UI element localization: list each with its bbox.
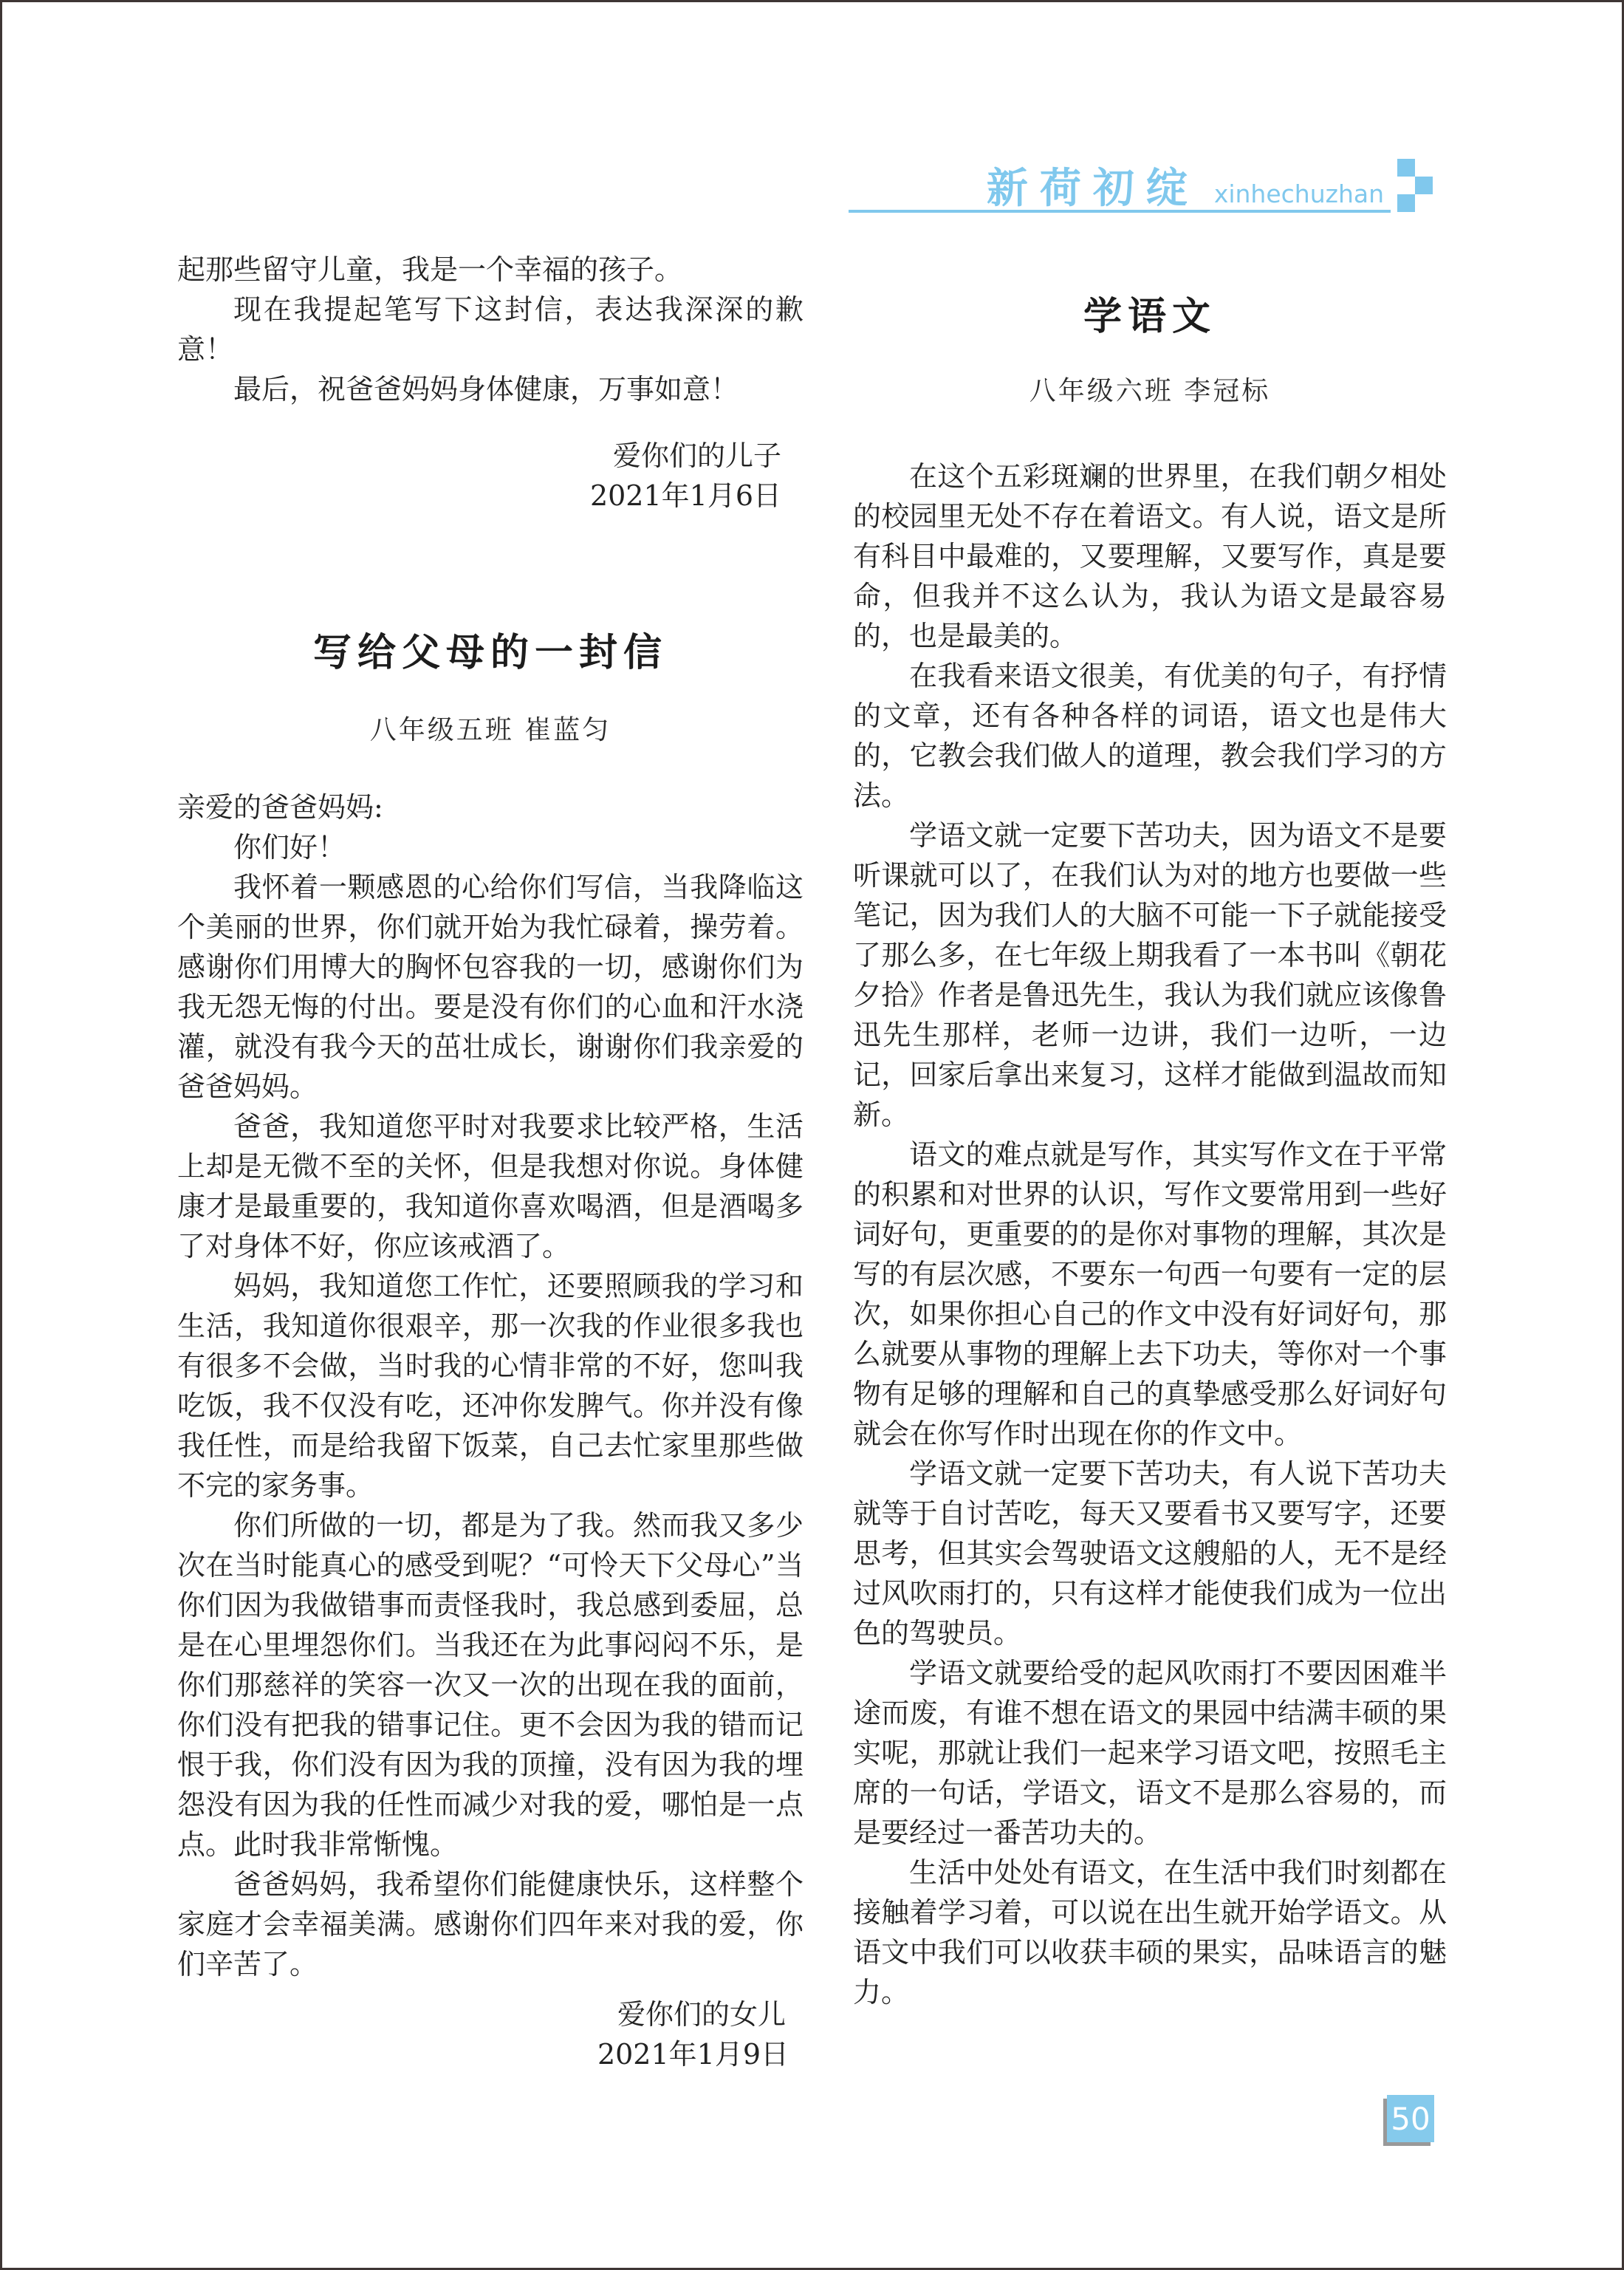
greeting: 你们好！	[177, 827, 804, 867]
paragraph: 起那些留守儿童，我是一个幸福的孩子。	[177, 250, 804, 290]
paragraph: 爸爸，我知道您平时对我要求比较严格，生活上却是无微不至的关怀，但是我想对你说。身…	[177, 1107, 804, 1266]
signature-date: 2021年1月6日	[177, 476, 804, 516]
paragraph: 学语文就一定要下苦功夫，因为语文不是要听课就可以了，在我们认为对的地方也要做一些…	[853, 816, 1447, 1135]
article-byline: 八年级六班 李冠标	[853, 370, 1447, 408]
paragraph: 妈妈，我知道您工作忙，还要照顾我的学习和生活，我知道你很艰辛，那一次我的作业很多…	[177, 1266, 804, 1505]
paragraph: 在这个五彩斑斓的世界里，在我们朝夕相处的校园里无处不存在着语文。有人说，语文是所…	[853, 457, 1447, 656]
article-title: 写给父母的一封信	[177, 626, 804, 680]
page-header-brand: 新荷初绽 xinhechuzhan	[987, 156, 1384, 215]
pixel-decoration-icon	[1397, 159, 1415, 177]
paragraph: 最后，祝爸爸妈妈身体健康，万事如意！	[177, 369, 804, 409]
magazine-page: 新荷初绽 xinhechuzhan 起那些留守儿童，我是一个幸福的孩子。 现在我…	[0, 0, 1624, 2270]
signature: 爱你们的女儿	[177, 1994, 804, 2034]
salutation: 亲爱的爸爸妈妈:	[177, 787, 804, 827]
right-column: 学语文 八年级六班 李冠标 在这个五彩斑斓的世界里，在我们朝夕相处的校园里无处不…	[853, 290, 1447, 2012]
article-letter-ending: 起那些留守儿童，我是一个幸福的孩子。 现在我提起笔写下这封信，表达我深深的歉意！…	[177, 250, 804, 516]
brand-pinyin: xinhechuzhan	[1214, 180, 1384, 208]
paragraph: 现在我提起笔写下这封信，表达我深深的歉意！	[177, 290, 804, 369]
paragraph: 学语文就要给受的起风吹雨打不要因困难半途而废，有谁不想在语文的果园中结满丰硕的果…	[853, 1653, 1447, 1853]
article-xue-yuwen: 学语文 八年级六班 李冠标 在这个五彩斑斓的世界里，在我们朝夕相处的校园里无处不…	[853, 290, 1447, 2012]
paragraph: 你们所做的一切，都是为了我。然而我又多少次在当时能真心的感受到呢？“可怜天下父母…	[177, 1505, 804, 1864]
paragraph: 在我看来语文很美，有优美的句子，有抒情的文章，还有各种各样的词语，语文也是伟大的…	[853, 656, 1447, 816]
pixel-decoration-icon	[1397, 194, 1415, 212]
paragraph: 我怀着一颗感恩的心给你们写信，当我降临这个美丽的世界，你们就开始为我忙碌着，操劳…	[177, 867, 804, 1107]
page-number-badge: 50	[1387, 2095, 1434, 2142]
article-title: 学语文	[853, 290, 1447, 343]
paragraph: 生活中处处有语文，在生活中我们时刻都在接触着学习着，可以说在出生就开始学语文。从…	[853, 1853, 1447, 2012]
paragraph: 学语文就一定要下苦功夫，有人说下苦功夫就等于自讨苦吃，每天又要看书又要写字，还要…	[853, 1454, 1447, 1653]
brand-title: 新荷初绽	[987, 156, 1199, 215]
page-number: 50	[1391, 2101, 1430, 2137]
signature-date: 2021年1月9日	[177, 2034, 804, 2074]
header-rule	[849, 210, 1391, 213]
left-column: 起那些留守儿童，我是一个幸福的孩子。 现在我提起笔写下这封信，表达我深深的歉意！…	[177, 250, 804, 2074]
article-byline: 八年级五班 崔蓝匀	[177, 709, 804, 747]
signature: 爱你们的儿子	[177, 436, 804, 476]
paragraph: 语文的难点就是写作，其实写作文在于平常的积累和对世界的认识，写作文要常用到一些好…	[853, 1135, 1447, 1454]
paragraph: 爸爸妈妈，我希望你们能健康快乐，这样整个家庭才会幸福美满。感谢你们四年来对我的爱…	[177, 1864, 804, 1984]
article-letter-to-parents: 写给父母的一封信 八年级五班 崔蓝匀 亲爱的爸爸妈妈: 你们好！ 我怀着一颗感恩…	[177, 626, 804, 2074]
pixel-decoration-icon	[1415, 177, 1433, 194]
